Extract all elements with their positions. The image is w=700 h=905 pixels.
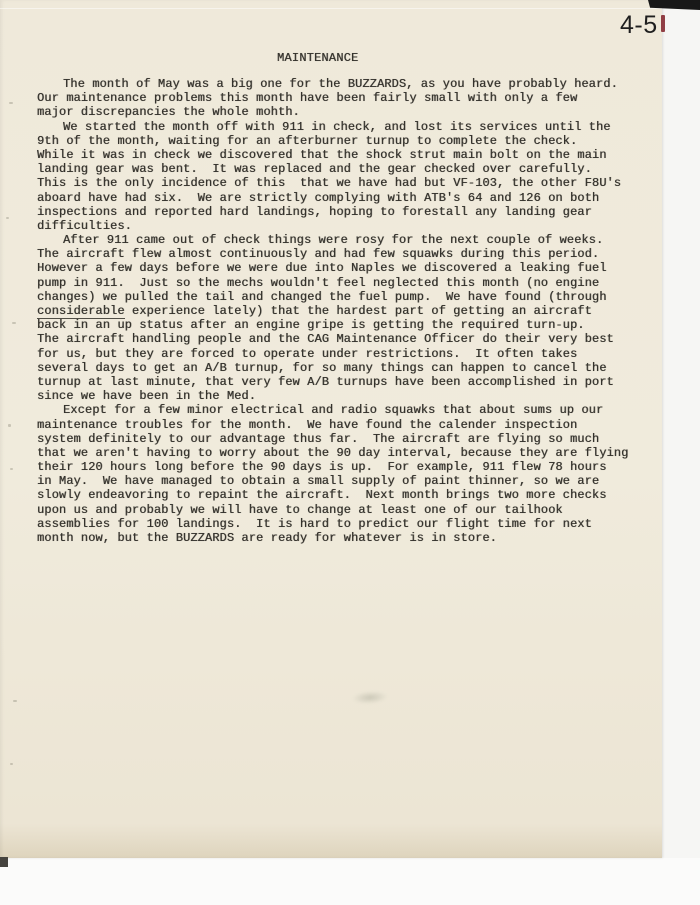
text-line: pump in 911. Just so the mechs wouldn't … [37,276,647,290]
text-line: changes) we pulled the tail and changed … [37,290,647,304]
paper-speck [10,468,13,470]
text-line: considerable experience lately) that the… [37,304,647,318]
text-segment: The month of May was a big one for the B… [63,77,618,91]
text-segment: While it was in check we discovered that… [37,148,607,162]
page-number: 4-5 [620,11,658,40]
scanner-background-bottom [0,858,700,905]
ink-smudge [352,690,389,705]
text-segment: since we have been in the Med. [37,389,256,403]
text-segment: We started the month off with 911 in che… [63,120,611,134]
text-segment: in May. We have managed to obtain a smal… [37,474,599,488]
paragraph: Except for a few minor electrical and ra… [37,403,647,545]
text-segment: The aircraft flew almost continuously an… [37,247,599,261]
text-segment: This is the only incidence of this that … [37,176,621,190]
text-line: in May. We have managed to obtain a smal… [37,474,647,488]
text-segment: However a few days before we were due in… [37,261,607,275]
text-line: maintenance troubles for the month. We h… [37,418,647,432]
scan-edge-artifact-bottom-left [0,857,8,867]
text-line: major discrepancies the whole mohth. [37,105,647,119]
text-segment: The aircraft handling people and the CAG… [37,332,614,346]
text-line: slowly endeavoring to repaint the aircra… [37,488,647,502]
text-line: assemblies for 100 landings. It is hard … [37,517,647,531]
text-segment: month now, but the BUZZARDS are ready fo… [37,531,497,545]
underlined-text: considerable [37,304,125,319]
text-segment: maintenance troubles for the month. We h… [37,418,577,432]
text-segment: system definitely to our advantage thus … [37,432,599,446]
scanned-document: 4-5 MAINTENANCE The month of May was a b… [0,0,700,905]
text-segment: their 120 hours long before the 90 days … [37,460,607,474]
text-line: month now, but the BUZZARDS are ready fo… [37,531,647,545]
text-segment: turnup at last minute, that very few A/B… [37,375,614,389]
text-segment: difficulties. [37,219,132,233]
document-body: The month of May was a big one for the B… [37,77,647,545]
text-segment: landing gear was bent. It was replaced a… [37,162,592,176]
scanner-background-right [662,0,700,905]
paragraph: After 911 came out of check things were … [37,233,647,403]
document-page: 4-5 MAINTENANCE The month of May was a b… [0,0,662,858]
text-line: inspections and reported hard landings, … [37,205,647,219]
text-line: However a few days before we were due in… [37,261,647,275]
text-segment: major discrepancies the whole mohth. [37,105,300,119]
text-line: back in an up status after an engine gri… [37,318,647,332]
text-line: This is the only incidence of this that … [37,176,647,190]
text-line: since we have been in the Med. [37,389,647,403]
text-line: The aircraft handling people and the CAG… [37,332,647,346]
text-line: for us, but they are forced to operate u… [37,347,647,361]
text-line: After 911 came out of check things were … [37,233,647,247]
text-segment: back in an up status after an engine gri… [37,318,585,332]
text-line: upon us and probably we will have to cha… [37,503,647,517]
text-segment: After 911 came out of check things were … [63,233,603,247]
text-line: turnup at last minute, that very few A/B… [37,375,647,389]
text-line: While it was in check we discovered that… [37,148,647,162]
text-segment: assemblies for 100 landings. It is hard … [37,517,592,531]
text-line: landing gear was bent. It was replaced a… [37,162,647,176]
paper-speck [13,700,17,702]
paper-speck [6,217,9,219]
text-segment: slowly endeavoring to repaint the aircra… [37,488,607,502]
text-segment: changes) we pulled the tail and changed … [37,290,607,304]
text-segment: inspections and reported hard landings, … [37,205,592,219]
text-segment: Our maintenance problems this month have… [37,91,577,105]
text-line: Our maintenance problems this month have… [37,91,647,105]
text-line: The aircraft flew almost continuously an… [37,247,647,261]
paper-fold-line [0,8,662,9]
text-line: We started the month off with 911 in che… [37,120,647,134]
text-segment: pump in 911. Just so the mechs wouldn't … [37,276,599,290]
text-line: that we aren't having to worry about the… [37,446,647,460]
text-segment: experience lately) that the hardest part… [125,304,592,318]
paper-speck [9,102,13,104]
paragraph: We started the month off with 911 in che… [37,120,647,234]
text-line: aboard have had six. We are strictly com… [37,191,647,205]
text-segment: several days to get an A/B turnup, for s… [37,361,607,375]
text-segment: Except for a few minor electrical and ra… [63,403,603,417]
paper-speck [8,424,11,427]
text-line: The month of May was a big one for the B… [37,77,647,91]
text-line: Except for a few minor electrical and ra… [37,403,647,417]
text-line: system definitely to our advantage thus … [37,432,647,446]
text-line: their 120 hours long before the 90 days … [37,460,647,474]
text-segment: for us, but they are forced to operate u… [37,347,577,361]
paper-speck [12,322,16,324]
text-segment: upon us and probably we will have to cha… [37,503,563,517]
text-line: several days to get an A/B turnup, for s… [37,361,647,375]
text-segment: aboard have had six. We are strictly com… [37,191,599,205]
paragraph: The month of May was a big one for the B… [37,77,647,120]
text-line: difficulties. [37,219,647,233]
text-segment: 9th of the month, waiting for an afterbu… [37,134,577,148]
page-title: MAINTENANCE [277,51,358,65]
paper-speck [10,763,13,765]
text-segment: that we aren't having to worry about the… [37,446,628,460]
text-line: 9th of the month, waiting for an afterbu… [37,134,647,148]
red-edge-mark [661,15,665,32]
